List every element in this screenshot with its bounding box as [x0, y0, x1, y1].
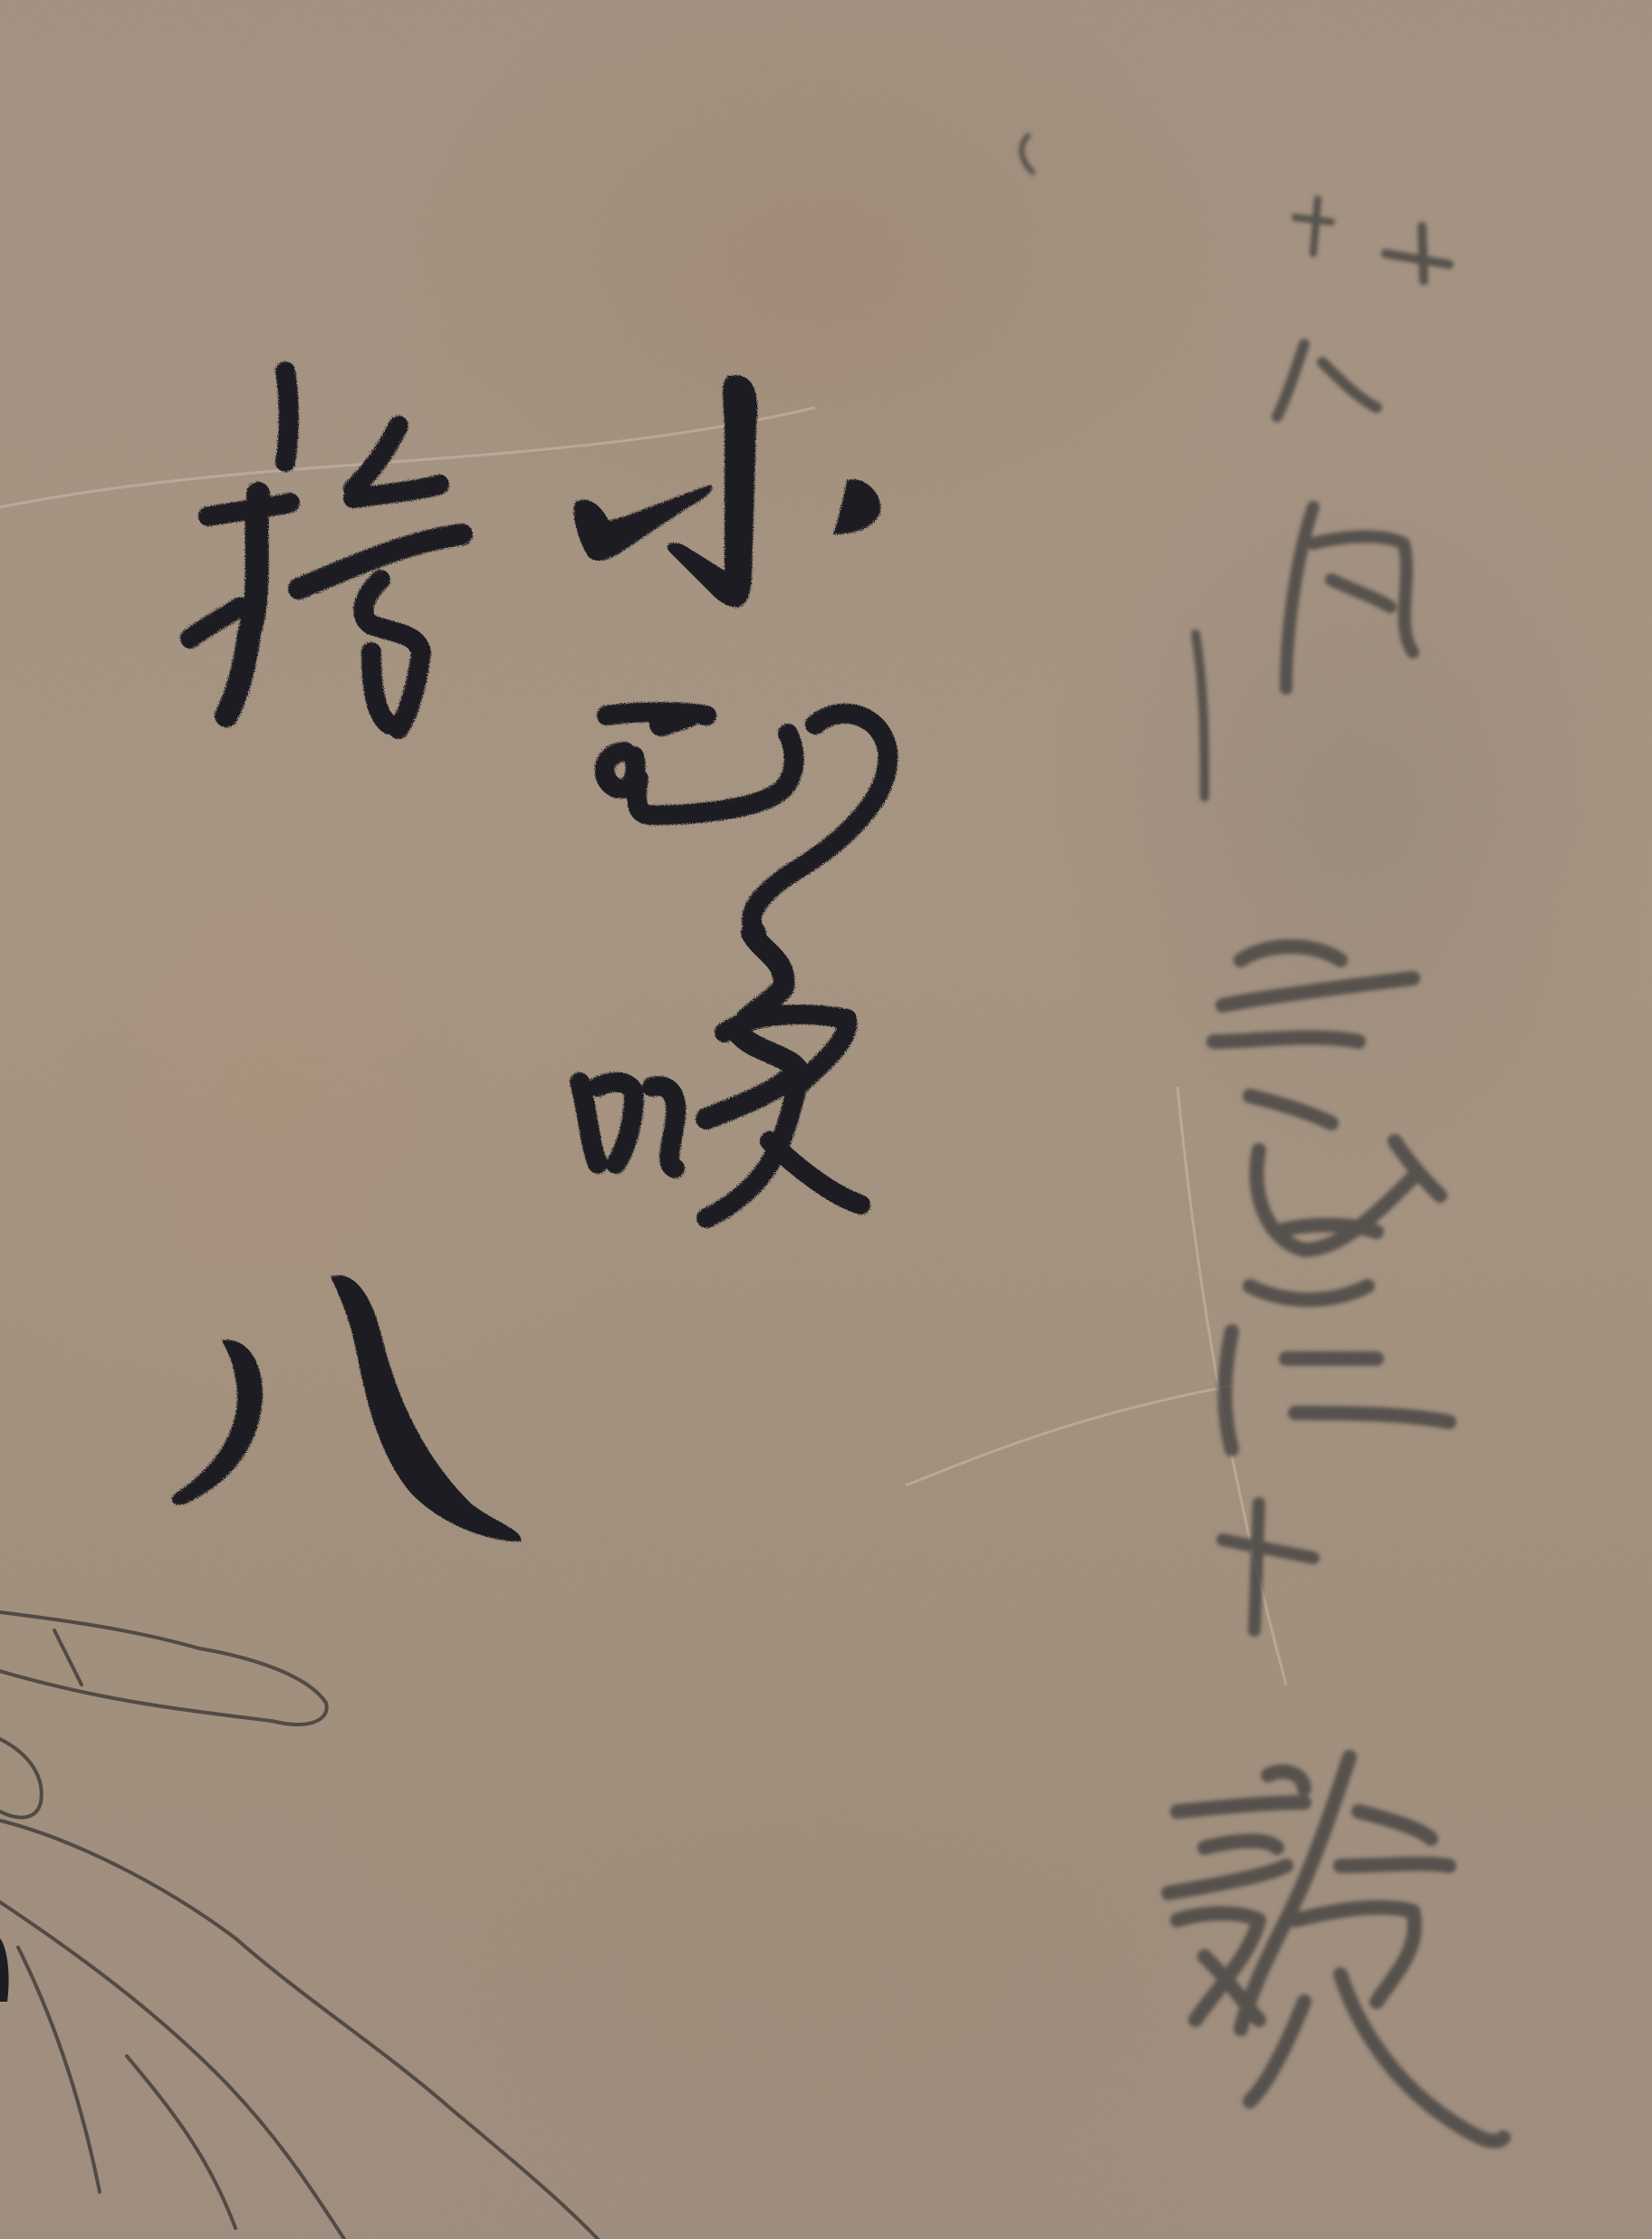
artwork-scene: 小むく Aged paper with Japanese calligraphy…	[0, 0, 1652, 2239]
calligraphy-artwork	[0, 0, 1652, 2239]
